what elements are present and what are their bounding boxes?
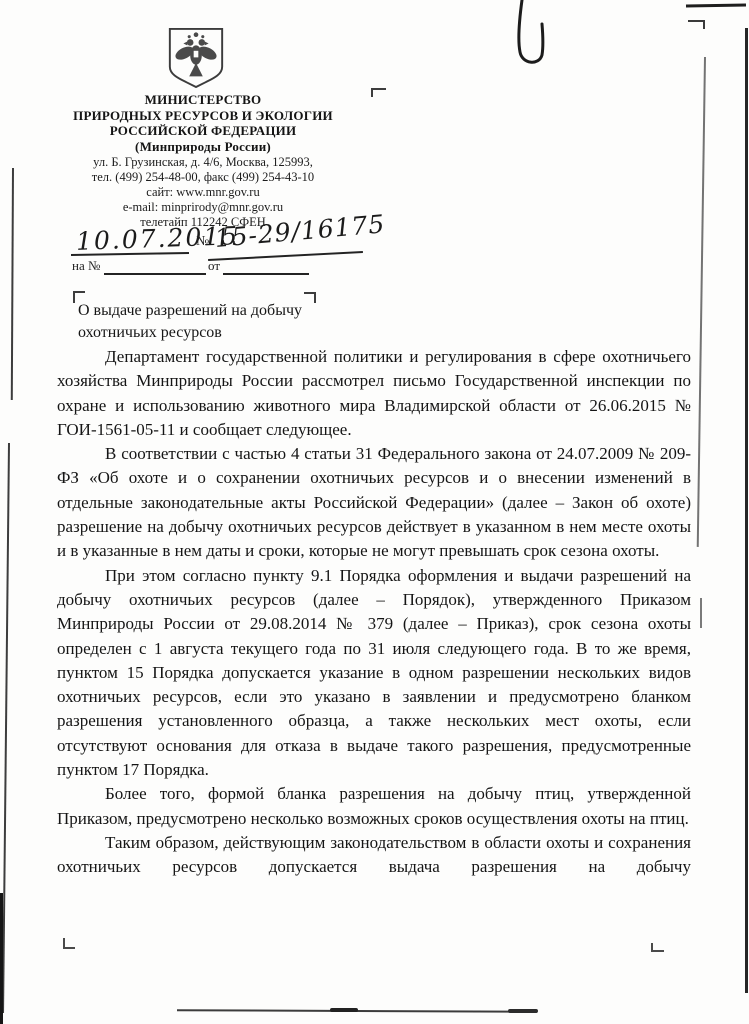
subject-line: охотничьих ресурсов xyxy=(78,322,302,344)
paperclip-icon xyxy=(515,0,549,74)
scan-artifact-right-streak xyxy=(697,57,706,547)
ministry-name-line: ПРИРОДНЫХ РЕСУРСОВ И ЭКОЛОГИИ xyxy=(38,108,368,124)
reply-from-blank xyxy=(223,273,309,275)
ministry-name: МИНИСТЕРСТВО ПРИРОДНЫХ РЕСУРСОВ И ЭКОЛОГ… xyxy=(38,92,368,154)
phone-fax-line: тел. (499) 254-48-00, факс (499) 254-43-… xyxy=(38,170,368,185)
ministry-name-line: МИНИСТЕРСТВО xyxy=(38,92,368,108)
scan-artifact-left-border xyxy=(0,893,3,1024)
body-paragraph: В соответствии с частью 4 статьи 31 Феде… xyxy=(57,442,691,563)
corner-mark-bottom-left xyxy=(63,938,75,949)
body-paragraph: Более того, формой бланка разрешения на … xyxy=(57,782,691,831)
body-paragraph: Таким образом, действующим законодательс… xyxy=(57,831,691,880)
subject-line: О выдаче разрешений на добычу xyxy=(78,300,302,322)
scan-artifact-top-line xyxy=(686,3,746,7)
number-sign: № xyxy=(196,234,209,250)
corner-mark-addressee xyxy=(371,88,386,97)
scan-artifact-right-streak-short xyxy=(700,598,702,628)
number-underline xyxy=(208,251,363,261)
scan-artifact-right-border xyxy=(745,28,748,993)
scan-artifact-bottom-blob xyxy=(508,1009,538,1013)
corner-mark-bottom-right xyxy=(651,943,664,952)
subject-block: О выдаче разрешений на добычу охотничьих… xyxy=(78,300,302,344)
scan-artifact-top-right-mark xyxy=(688,20,704,22)
email-line: e-mail: minprirody@mnr.gov.ru xyxy=(38,200,368,215)
body-paragraph: Департамент государственной политики и р… xyxy=(57,345,691,442)
body-paragraph: При этом согласно пункту 9.1 Порядка офо… xyxy=(57,564,691,783)
scan-artifact-bottom-blob xyxy=(330,1008,358,1012)
scan-artifact-left-streak-upper xyxy=(11,168,14,400)
address-line: ул. Б. Грузинская, д. 4/6, Москва, 12599… xyxy=(38,155,368,170)
scan-artifact-top-right-mark xyxy=(703,20,705,29)
website-line: сайт: www.mnr.gov.ru xyxy=(38,185,368,200)
reply-from-label: от xyxy=(208,258,220,274)
reply-number-blank xyxy=(104,273,206,275)
ministry-name-line: (Минприроды России) xyxy=(38,139,368,155)
coat-of-arms-emblem xyxy=(166,26,226,88)
corner-mark-subject-right xyxy=(304,292,316,303)
scanned-letter-page: { "page": { "background": "#fdfdfc", "in… xyxy=(0,0,749,1024)
reply-number-label: на № xyxy=(72,258,100,274)
ministry-name-line: РОССИЙСКОЙ ФЕДЕРАЦИИ xyxy=(38,123,368,139)
scan-artifact-left-streak-lower xyxy=(2,443,10,1013)
letter-body: Департамент государственной политики и р… xyxy=(57,345,691,880)
